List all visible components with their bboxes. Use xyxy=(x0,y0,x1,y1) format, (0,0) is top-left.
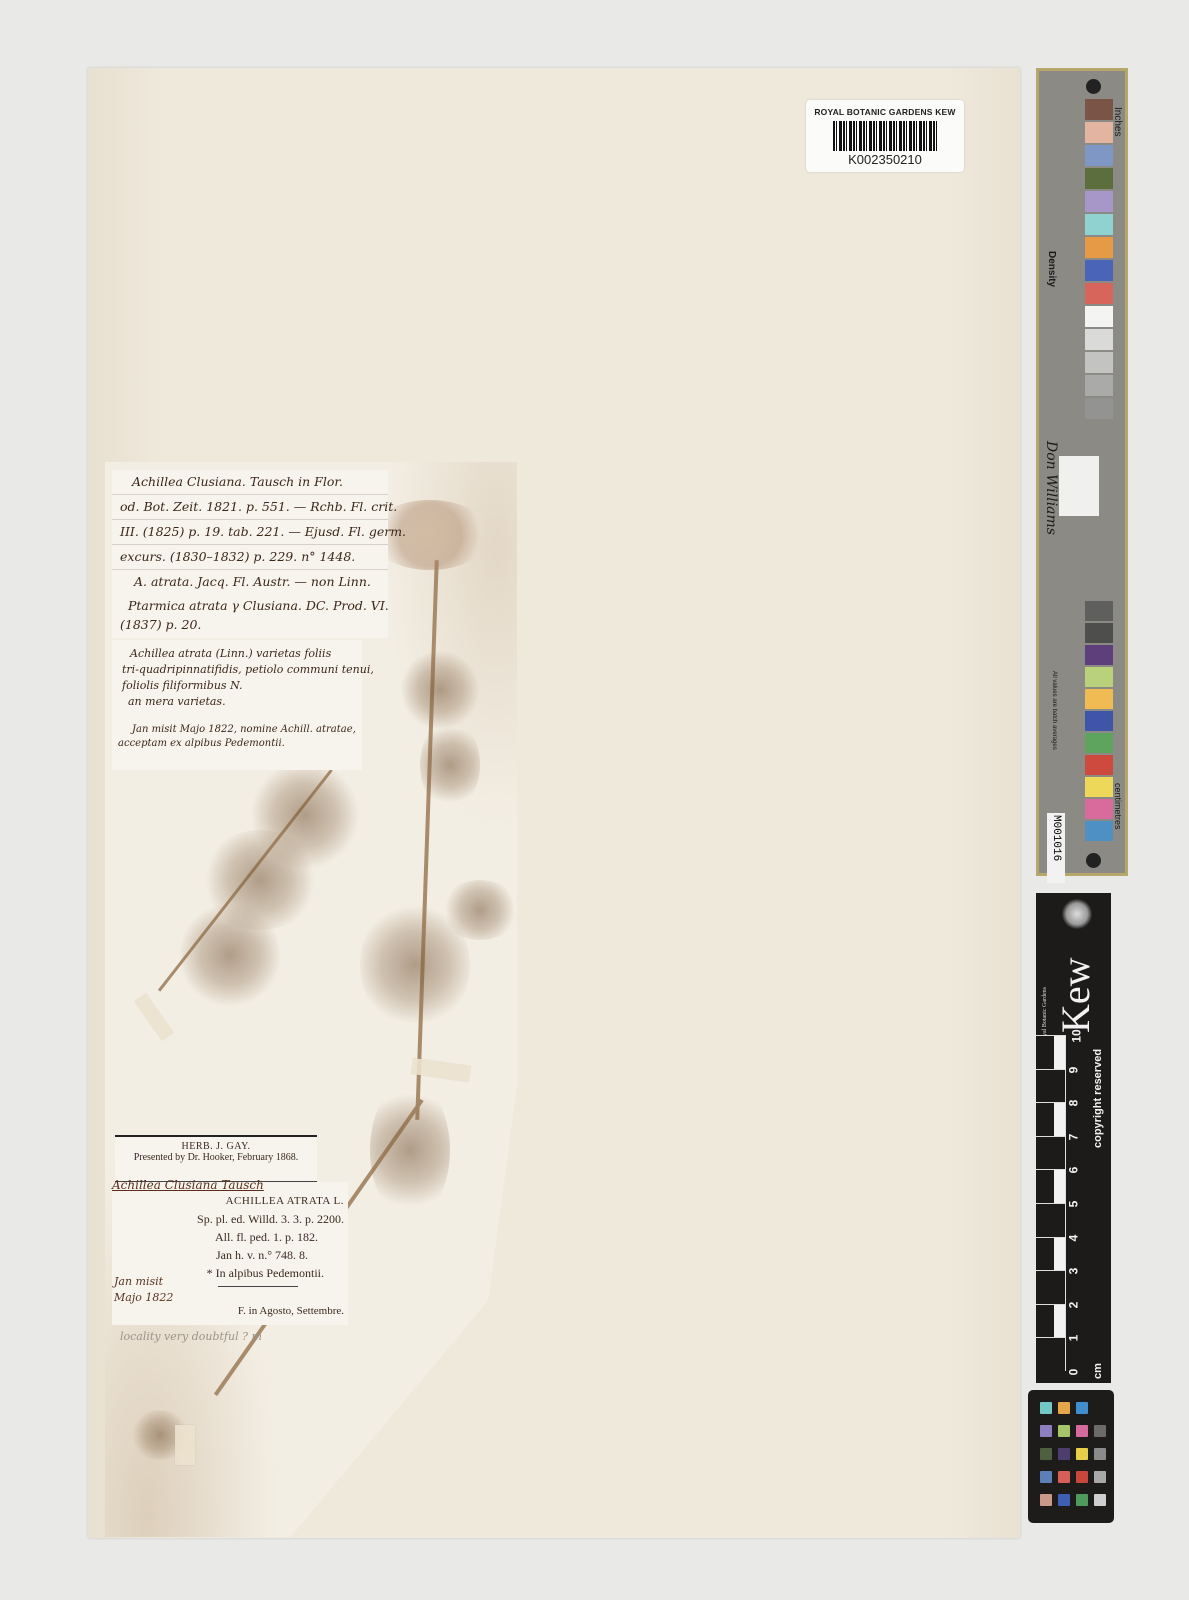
unit-bottom: centimetres xyxy=(1113,783,1123,830)
scale-blocks xyxy=(1036,1035,1066,1371)
color-swatch xyxy=(1085,711,1113,731)
color-chip xyxy=(1094,1448,1106,1460)
label-line: Ptarmica atrata γ Clusiana. DC. Prod. VI… xyxy=(112,594,388,618)
scale-tick-label: 5 xyxy=(1066,1201,1080,1208)
color-swatch xyxy=(1085,645,1113,665)
registration-dot xyxy=(1086,853,1101,868)
color-swatch xyxy=(1085,733,1113,753)
scale-tick-label: 6 xyxy=(1066,1167,1080,1174)
brand-name: Don Williams xyxy=(1043,441,1059,535)
label-line: (1837) p. 20. xyxy=(112,618,388,632)
color-chip xyxy=(1094,1471,1106,1483)
scale-tick-label: 3 xyxy=(1066,1268,1080,1275)
note-line: foliolis filiformibus N. xyxy=(112,678,362,694)
note-line: Jan misit Majo 1822, nomine Achill. atra… xyxy=(112,722,362,738)
note-line: an mera varietas. xyxy=(112,694,362,710)
color-chip xyxy=(1076,1494,1088,1506)
color-chip xyxy=(1076,1471,1088,1483)
scale-segment xyxy=(1036,1237,1066,1271)
color-reference-bar: Inches Density Don Williams All values a… xyxy=(1036,68,1128,876)
color-swatch xyxy=(1085,689,1113,709)
handwritten-name: Achillea Clusiana Tausch xyxy=(112,1178,264,1192)
color-chip xyxy=(1094,1494,1106,1506)
date-line: Jan misit xyxy=(114,1274,173,1290)
scale-tick-label: 8 xyxy=(1066,1100,1080,1107)
barcode-label: ROYAL BOTANIC GARDENS KEW K002350210 xyxy=(806,100,964,172)
barcode-id: K002350210 xyxy=(806,152,964,167)
batch-note: All values are batch averages xyxy=(1051,671,1057,750)
label-line: A. atrata. Jacq. Fl. Austr. — non Linn. xyxy=(112,570,388,594)
scale-segment xyxy=(1036,1169,1066,1203)
color-checker xyxy=(1028,1390,1114,1523)
scale-tick-label: 9 xyxy=(1066,1066,1080,1073)
collector-note: Achillea atrata (Linn.) varietas foliis … xyxy=(112,640,362,770)
scale-segment xyxy=(1036,1270,1066,1304)
note-line: acceptam ex alpibus Pedemontii. xyxy=(112,738,362,750)
color-swatch xyxy=(1085,375,1113,396)
scale-tick-label: 10 xyxy=(1070,1029,1084,1042)
color-swatch xyxy=(1085,99,1113,120)
color-swatch xyxy=(1085,398,1113,419)
scale-segment xyxy=(1036,1035,1066,1069)
color-swatch xyxy=(1085,601,1113,621)
color-swatch xyxy=(1085,821,1113,841)
color-chip xyxy=(1040,1425,1052,1437)
color-swatch xyxy=(1085,283,1113,304)
label-line: Achillea Clusiana. Tausch in Flor. xyxy=(112,470,388,495)
registration-dot xyxy=(1086,79,1101,94)
scale-tick-label: 0 xyxy=(1066,1369,1080,1376)
label-line: III. (1825) p. 19. tab. 221. — Ejusd. Fl… xyxy=(112,520,388,545)
color-chip xyxy=(1040,1471,1052,1483)
reference-id: M001016 xyxy=(1047,813,1065,883)
color-swatch xyxy=(1085,667,1113,687)
color-chip xyxy=(1076,1448,1088,1460)
color-swatch xyxy=(1085,145,1113,166)
scale-segment xyxy=(1036,1304,1066,1338)
label-line: od. Bot. Zeit. 1821. p. 551. — Rchb. Fl.… xyxy=(112,495,388,520)
scale-tick-label: 7 xyxy=(1066,1133,1080,1140)
kew-logo: Kew xyxy=(1052,957,1099,1033)
color-chip xyxy=(1040,1448,1052,1460)
color-swatch xyxy=(1085,329,1113,350)
density-label: Density xyxy=(1046,251,1057,287)
pencil-note: locality very doubtful ? m xyxy=(120,1330,262,1343)
color-chip xyxy=(1058,1494,1070,1506)
color-chip xyxy=(1040,1402,1052,1414)
color-chip xyxy=(1058,1425,1070,1437)
color-swatch xyxy=(1085,799,1113,819)
color-chip xyxy=(1058,1402,1070,1414)
color-swatch xyxy=(1085,755,1113,775)
scale-segment xyxy=(1036,1203,1066,1237)
color-chip xyxy=(1076,1425,1088,1437)
scale-segment xyxy=(1036,1069,1066,1103)
scale-numbers: 012345678910 xyxy=(1070,1035,1086,1371)
color-swatch xyxy=(1085,306,1113,327)
scale-tick-label: 4 xyxy=(1066,1234,1080,1241)
color-chip xyxy=(1058,1448,1070,1460)
color-swatch xyxy=(1085,352,1113,373)
reference-line: All. fl. ped. 1. p. 182. xyxy=(112,1228,348,1246)
copyright-text: copyright reserved xyxy=(1092,1049,1104,1148)
color-swatch xyxy=(1085,260,1113,281)
note-line: tri-quadripinnatifidis, petiolo communi … xyxy=(112,662,362,678)
herbarium-title: HERB. J. GAY. xyxy=(115,1141,317,1152)
scale-segment xyxy=(1036,1136,1066,1170)
species-name: ACHILLEA ATRATA L. xyxy=(112,1192,348,1210)
scale-segment xyxy=(1036,1102,1066,1136)
note-line: Achillea atrata (Linn.) varietas foliis xyxy=(112,646,362,662)
herbarium-subtitle: Presented by Dr. Hooker, February 1868. xyxy=(115,1152,317,1163)
flowering-period: F. in Agosto, Settembre. xyxy=(238,1305,344,1317)
color-swatch xyxy=(1085,191,1113,212)
handwritten-date: Jan misit Majo 1822 xyxy=(114,1274,173,1306)
printed-label: Achillea Clusiana Tausch ACHILLEA ATRATA… xyxy=(112,1182,348,1325)
color-chip xyxy=(1040,1494,1052,1506)
barcode-icon xyxy=(833,121,937,151)
color-chip xyxy=(1058,1471,1070,1483)
density-target xyxy=(1059,456,1099,516)
determination-label: Achillea Clusiana. Tausch in Flor. od. B… xyxy=(112,470,388,638)
color-swatch xyxy=(1085,777,1113,797)
reference-line: Jan h. v. n.° 748. 8. xyxy=(112,1246,348,1264)
color-chip xyxy=(1076,1402,1088,1414)
reference-id-text: M001016 xyxy=(1050,815,1062,861)
kew-scale-bar: Kew Royal Botanic Gardens 012345678910 c… xyxy=(1036,893,1111,1383)
color-swatch xyxy=(1085,623,1113,643)
scale-tick-label: 2 xyxy=(1066,1301,1080,1308)
scale-tick-label: 1 xyxy=(1066,1335,1080,1342)
color-swatch xyxy=(1085,122,1113,143)
unit-top: Inches xyxy=(1112,107,1123,136)
color-swatch xyxy=(1085,168,1113,189)
label-line: excurs. (1830–1832) p. 229. n° 1448. xyxy=(112,545,388,570)
reference-line: Sp. pl. ed. Willd. 3. 3. p. 2200. xyxy=(112,1210,348,1228)
scale-segment xyxy=(1036,1337,1066,1371)
unit-label: cm xyxy=(1092,1363,1104,1379)
herbarium-label: HERB. J. GAY. Presented by Dr. Hooker, F… xyxy=(115,1135,317,1182)
color-swatch xyxy=(1085,214,1113,235)
date-line: Majo 1822 xyxy=(114,1290,173,1306)
color-chip xyxy=(1094,1425,1106,1437)
color-swatch xyxy=(1085,237,1113,258)
institution-name: ROYAL BOTANIC GARDENS KEW xyxy=(806,107,964,117)
divider xyxy=(218,1286,298,1287)
royal-crest-icon xyxy=(1062,899,1092,929)
